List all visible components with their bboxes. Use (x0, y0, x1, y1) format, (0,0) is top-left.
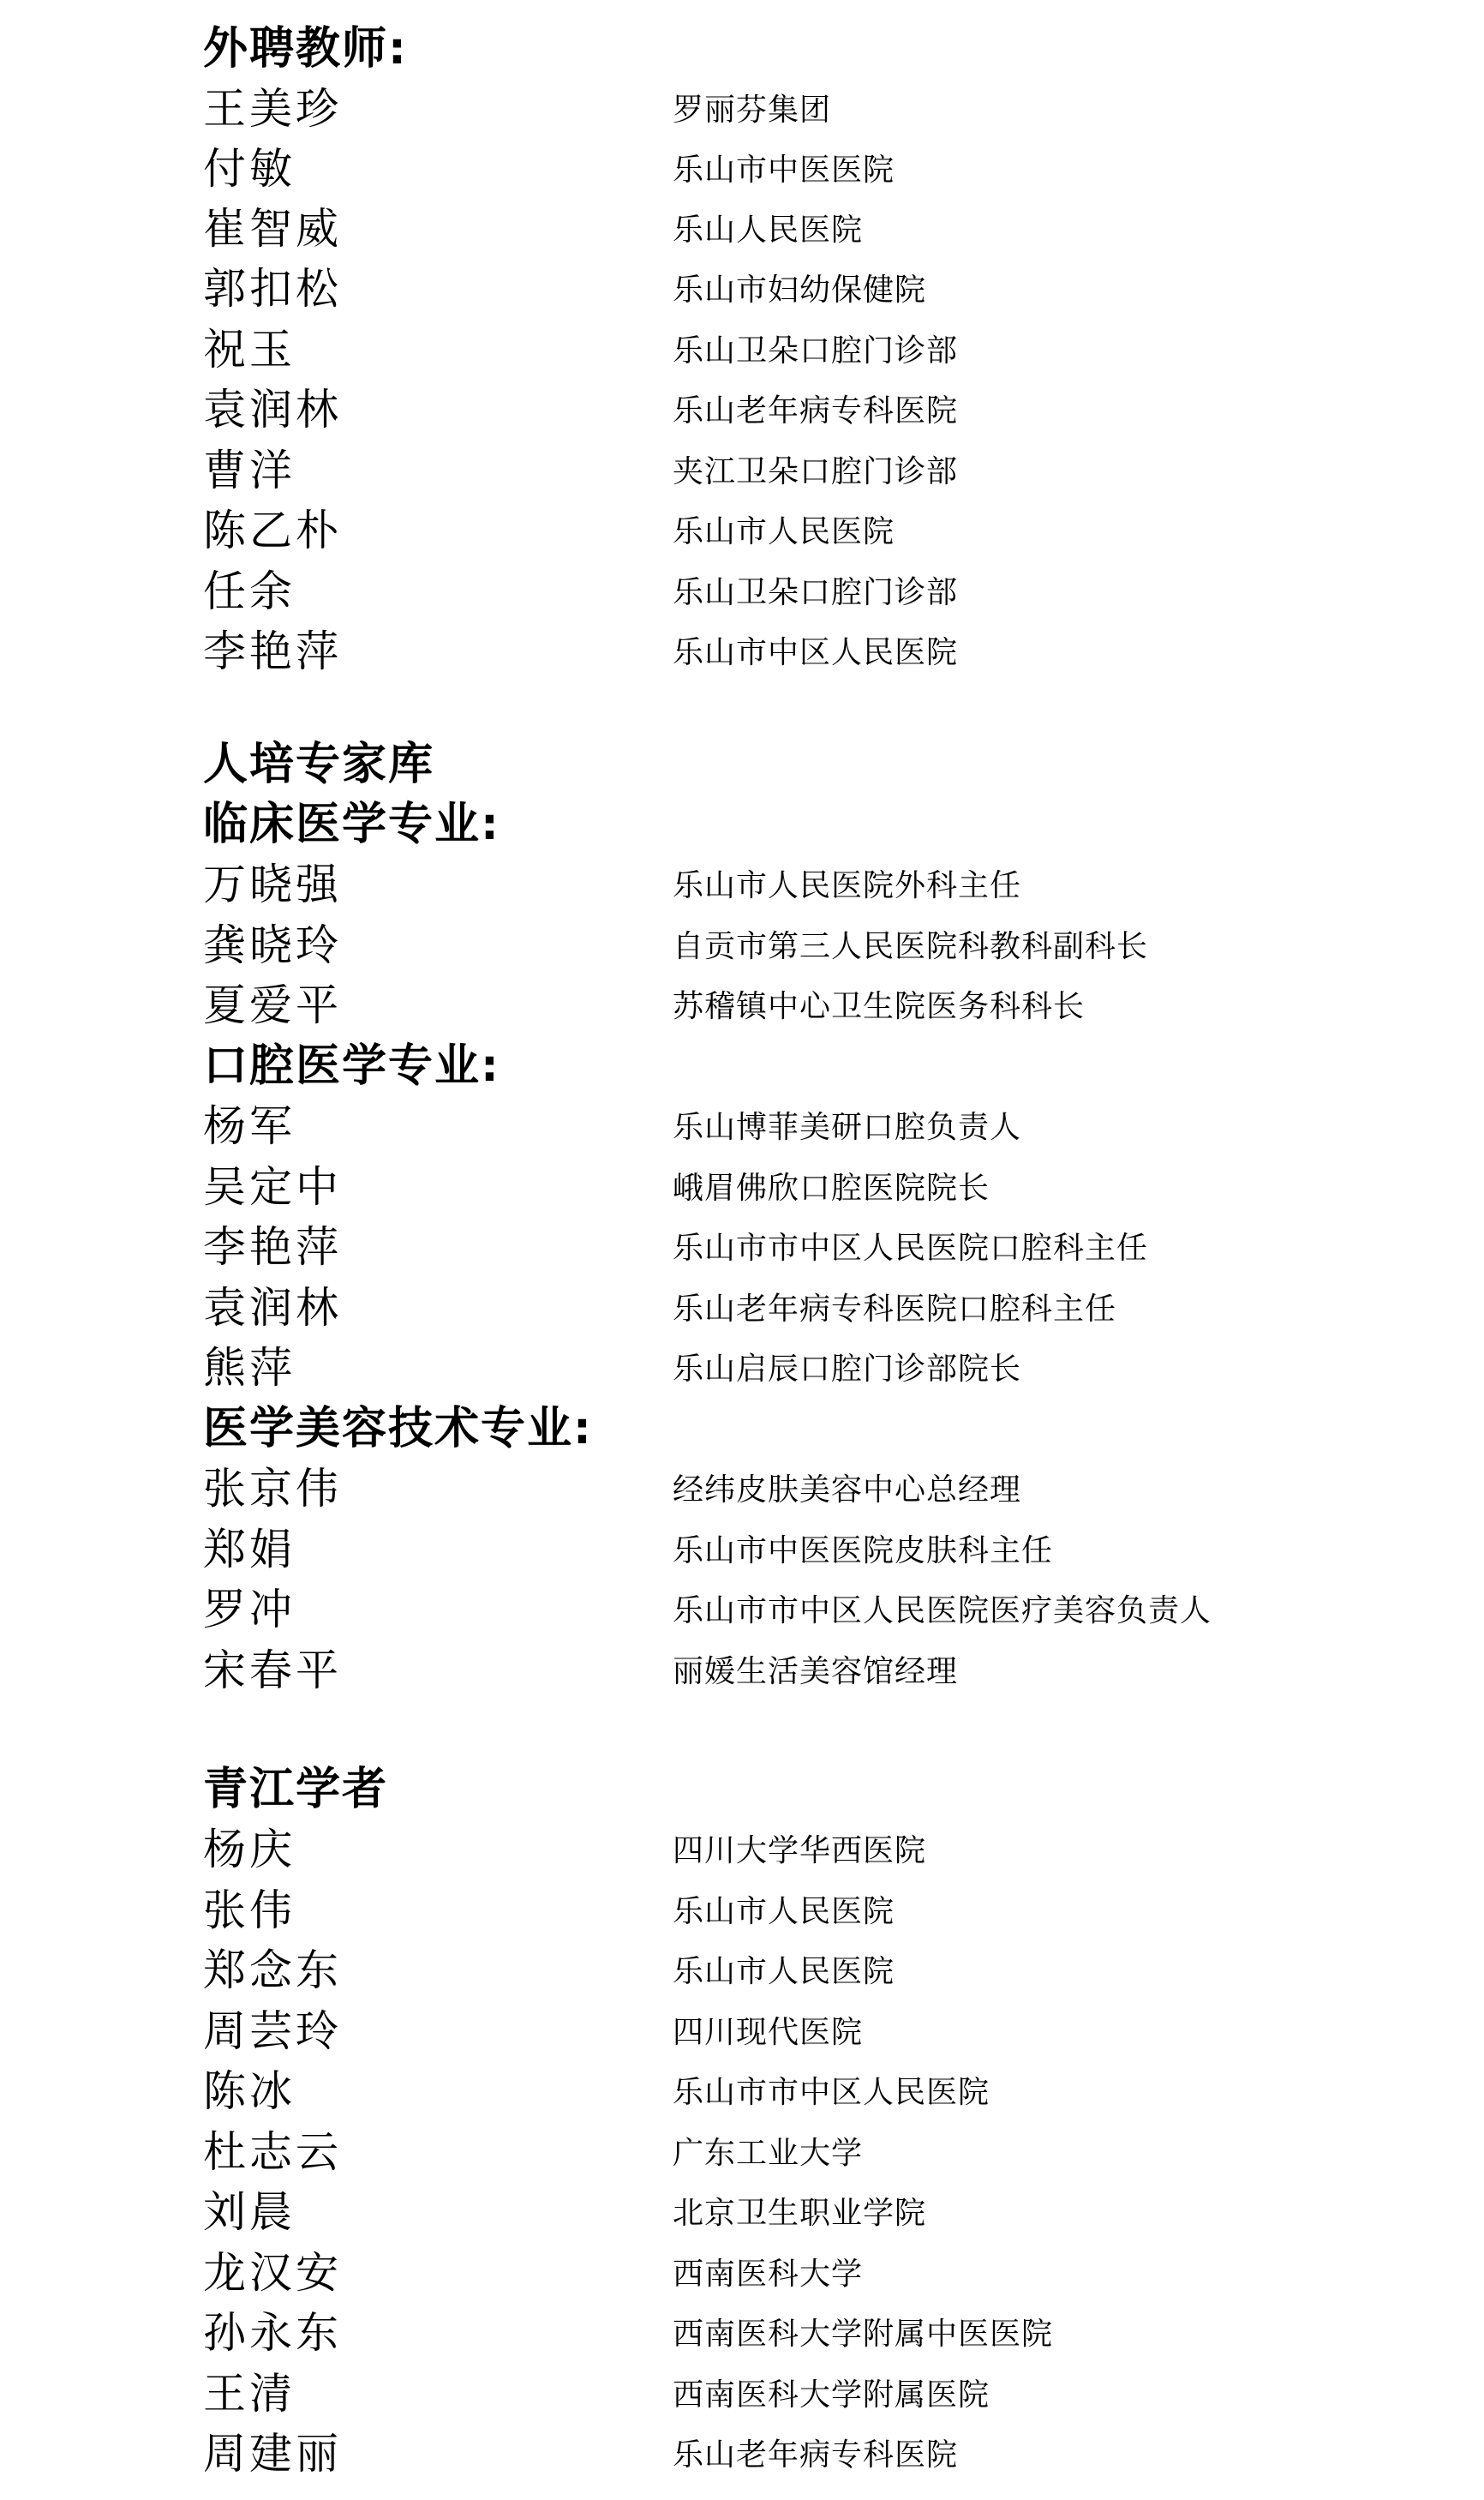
person-organization: 峨眉佛欣口腔医院院长 (673, 1159, 990, 1219)
list-item: 熊萍 乐山启辰口腔门诊部院长 (203, 1338, 1317, 1398)
person-organization: 乐山人民医院 (673, 201, 863, 261)
person-name: 熊萍 (203, 1338, 296, 1398)
person-name: 杜志云 (203, 2122, 342, 2182)
person-organization: 乐山卫朵口腔门诊部 (673, 563, 958, 623)
person-name: 周芸玲 (203, 2001, 342, 2061)
person-organization: 乐山老年病专科医院 (673, 2425, 958, 2485)
person-organization: 四川现代医院 (673, 2003, 863, 2063)
person-organization: 西南医科大学附属中医医院 (673, 2305, 1053, 2365)
person-organization: 广东工业大学 (673, 2124, 863, 2184)
list-item: 郭扣松 乐山市妇幼保健院 (203, 259, 1317, 319)
list-item: 龚晓玲 自贡市第三人民医院科教科副科长 (203, 915, 1317, 975)
list-item: 李艳萍 乐山市中区人民医院 (203, 621, 1317, 681)
person-organization: 罗丽芬集团 (673, 81, 831, 141)
person-name: 龚晓玲 (203, 915, 342, 975)
person-organization: 乐山市市中区人民医院 (673, 2063, 990, 2123)
person-name: 祝玉 (203, 320, 296, 380)
list-item: 夏爱平 苏稽镇中心卫生院医务科科长 (203, 975, 1317, 1035)
person-organization: 丽媛生活美容馆经理 (673, 1642, 958, 1702)
list-item: 吴定中 峨眉佛欣口腔医院院长 (203, 1157, 1317, 1217)
person-name: 李艳萍 (203, 1217, 342, 1277)
person-name: 陈冰 (203, 2061, 296, 2121)
person-organization: 西南医科大学附属医院 (673, 2365, 990, 2425)
section-heading-qingjiang-scholars: 青江学者 (203, 1760, 388, 1820)
person-organization: 乐山市妇幼保健院 (673, 261, 926, 321)
person-organization: 乐山老年病专科医院 (673, 381, 958, 441)
person-name: 孙永东 (203, 2303, 342, 2363)
person-organization: 乐山市市中区人民医院口腔科主任 (673, 1219, 1148, 1279)
person-organization: 自贡市第三人民医院科教科副科长 (673, 917, 1148, 977)
person-organization: 乐山市人民医院 (673, 502, 895, 562)
person-organization: 乐山市人民医院外科主任 (673, 856, 1021, 916)
list-item: 曹洋 夹江卫朵口腔门诊部 (203, 441, 1317, 501)
subsection-heading-stomatology: 口腔医学专业: (203, 1036, 500, 1096)
person-name: 曹洋 (203, 441, 296, 501)
list-item: 龙汉安 西南医科大学 (203, 2243, 1317, 2303)
list-item: 任余 乐山卫朵口腔门诊部 (203, 561, 1317, 621)
list-item: 王美珍 罗丽芬集团 (203, 79, 1317, 139)
person-name: 万晓强 (203, 854, 342, 914)
list-item: 张京伟 经纬皮肤美容中心总经理 (203, 1459, 1317, 1519)
list-item: 陈冰 乐山市市中区人民医院 (203, 2061, 1317, 2121)
person-name: 张伟 (203, 1880, 296, 1940)
subsection-heading-medical-cosmetology: 医学美容技术专业: (203, 1399, 593, 1459)
person-organization: 乐山市市中区人民医院医疗美容负责人 (673, 1581, 1212, 1641)
person-organization: 西南医科大学 (673, 2245, 863, 2305)
document-page: 外聘教师: 王美珍 罗丽芬集团 付敏 乐山市中医医院 崔智威 乐山人民医院 郭扣… (0, 0, 1484, 2500)
person-organization: 乐山市中区人民医院 (673, 623, 958, 683)
list-item: 祝玉 乐山卫朵口腔门诊部 (203, 320, 1317, 380)
list-item: 郑娟 乐山市中医医院皮肤科主任 (203, 1520, 1317, 1580)
person-name: 龙汉安 (203, 2243, 342, 2303)
person-organization: 乐山博菲美研口腔负责人 (673, 1098, 1021, 1158)
person-organization: 乐山市人民医院 (673, 1882, 895, 1942)
list-item: 郑念东 乐山市人民医院 (203, 1940, 1317, 2000)
person-name: 周建丽 (203, 2424, 342, 2484)
person-organization: 乐山市中医医院皮肤科主任 (673, 1521, 1053, 1581)
list-item: 张伟 乐山市人民医院 (203, 1880, 1317, 1940)
person-name: 吴定中 (203, 1157, 342, 1217)
list-item: 周芸玲 四川现代医院 (203, 2001, 1317, 2061)
list-item: 罗冲 乐山市市中区人民医院医疗美容负责人 (203, 1580, 1317, 1640)
list-item: 崔智威 乐山人民医院 (203, 199, 1317, 259)
person-name: 郑娟 (203, 1520, 296, 1580)
person-name: 崔智威 (203, 199, 342, 259)
person-organization: 夹江卫朵口腔门诊部 (673, 442, 958, 502)
person-name: 宋春平 (203, 1640, 342, 1700)
person-organization: 乐山老年病专科医院口腔科主任 (673, 1280, 1116, 1340)
list-item: 万晓强 乐山市人民医院外科主任 (203, 854, 1317, 914)
person-name: 袁润林 (203, 1278, 342, 1338)
list-item: 周建丽 乐山老年病专科医院 (203, 2424, 1317, 2484)
person-name: 杨庆 (203, 1820, 296, 1879)
person-name: 陈乙朴 (203, 501, 342, 561)
person-name: 罗冲 (203, 1580, 296, 1640)
list-item: 袁润林 乐山老年病专科医院 (203, 380, 1317, 440)
list-item: 宋春平 丽媛生活美容馆经理 (203, 1640, 1317, 1700)
section-heading-expert-pool: 人培专家库 (203, 734, 434, 794)
person-name: 夏爱平 (203, 975, 342, 1035)
list-item: 刘晨 北京卫生职业学院 (203, 2182, 1317, 2242)
person-organization: 乐山卫朵口腔门诊部 (673, 321, 958, 381)
person-name: 李艳萍 (203, 621, 342, 681)
list-item: 孙永东 西南医科大学附属中医医院 (203, 2303, 1317, 2363)
person-name: 杨军 (203, 1096, 296, 1156)
person-organization: 北京卫生职业学院 (673, 2184, 926, 2244)
list-item: 陈乙朴 乐山市人民医院 (203, 501, 1317, 561)
list-item: 杨军 乐山博菲美研口腔负责人 (203, 1096, 1317, 1156)
person-name: 张京伟 (203, 1459, 342, 1519)
person-name: 王美珍 (203, 79, 342, 139)
list-item: 杜志云 广东工业大学 (203, 2122, 1317, 2182)
person-name: 刘晨 (203, 2182, 296, 2242)
person-organization: 乐山市中医医院 (673, 141, 895, 201)
person-name: 王清 (203, 2364, 296, 2424)
person-organization: 乐山启辰口腔门诊部院长 (673, 1340, 1021, 1400)
list-item: 杨庆 四川大学华西医院 (203, 1820, 1317, 1879)
person-name: 任余 (203, 561, 296, 621)
section-heading-external-teachers: 外聘教师: (203, 19, 408, 79)
person-name: 郑念东 (203, 1940, 342, 2000)
person-name: 袁润林 (203, 380, 342, 440)
person-name: 郭扣松 (203, 259, 342, 319)
list-item: 李艳萍 乐山市市中区人民医院口腔科主任 (203, 1217, 1317, 1277)
person-organization: 苏稽镇中心卫生院医务科科长 (673, 977, 1085, 1037)
person-organization: 经纬皮肤美容中心总经理 (673, 1460, 1021, 1520)
person-name: 付敏 (203, 139, 296, 199)
person-organization: 四川大学华西医院 (673, 1821, 926, 1881)
subsection-heading-clinical-medicine: 临床医学专业: (203, 794, 500, 854)
list-item: 王清 西南医科大学附属医院 (203, 2364, 1317, 2424)
list-item: 袁润林 乐山老年病专科医院口腔科主任 (203, 1278, 1317, 1338)
list-item: 付敏 乐山市中医医院 (203, 139, 1317, 199)
person-organization: 乐山市人民医院 (673, 1942, 895, 2002)
